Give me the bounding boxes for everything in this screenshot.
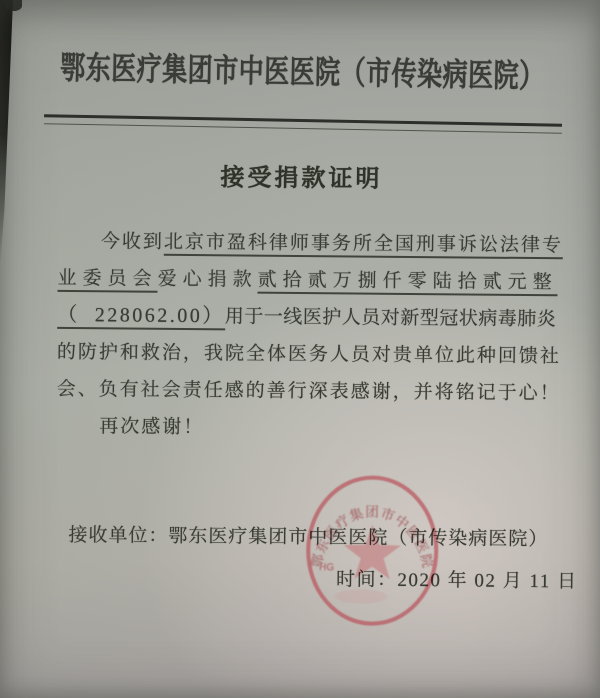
certificate-body: 今收到北京市盈科律师事务所全国刑事诉讼法律专 业委员会爱心捐款贰拾贰万捌仟零陆拾… (56, 227, 570, 453)
document-page: 鄂东医疗集团市中医医院（市传染病医院） 接受捐款证明 今收到北京市盈科律师事务所… (0, 0, 600, 698)
amount-in-figures-underlined: （ 228062.00） (57, 304, 225, 330)
hospital-name-heading: 鄂东医疗集团市中医医院（市传染病医院） (60, 43, 545, 98)
thanks-text: 再次感谢！ (99, 416, 204, 438)
seal-ring (308, 477, 437, 624)
seal-small-mark: HG (319, 562, 334, 573)
body-line-1: 今收到北京市盈科律师事务所全国刑事诉讼法律专 (58, 227, 570, 268)
body-line-3: （ 228062.00）用于一线医护人员对新型冠状病毒肺炎 (57, 301, 569, 342)
body-line-3-plain: 用于一线医护人员对新型冠状病毒肺炎 (225, 306, 557, 330)
scanned-donation-certificate: 鄂东医疗集团市中医医院（市传染病医院） 接受捐款证明 今收到北京市盈科律师事务所… (0, 0, 600, 698)
recipient-line: 接收单位：鄂东医疗集团市中医医院（市传染病医院） (68, 520, 548, 551)
header-divider-rule (44, 114, 562, 133)
body-line-1-lead: 今收到 (101, 231, 164, 253)
document-header: 鄂东医疗集团市中医医院（市传染病医院） (2, 47, 600, 94)
body-line-4: 的防护和救治，我院全体医务人员对贵单位此种回馈社 (57, 338, 569, 379)
amount-in-words-underlined: 贰拾贰万捌仟零陆拾贰元整 (258, 270, 558, 297)
body-line-2: 业委员会爱心捐款贰拾贰万捌仟零陆拾贰元整 (57, 264, 569, 305)
donor-name-underlined: 北京市盈科律师事务所全国刑事诉讼法律专 (164, 232, 563, 259)
body-line-5: 会、负有社会责任感的善行深表感谢，并将铭记于心！ (56, 375, 568, 416)
certificate-title: 接受捐款证明 (1, 155, 600, 195)
donor-name-continued-underlined: 业委员会 (57, 268, 157, 293)
body-line-thanks: 再次感谢！ (56, 412, 568, 453)
date-line: 时间：2020 年 02 月 11 日 (336, 564, 578, 593)
body-line-2-plain: 爱心捐款 (158, 269, 258, 291)
